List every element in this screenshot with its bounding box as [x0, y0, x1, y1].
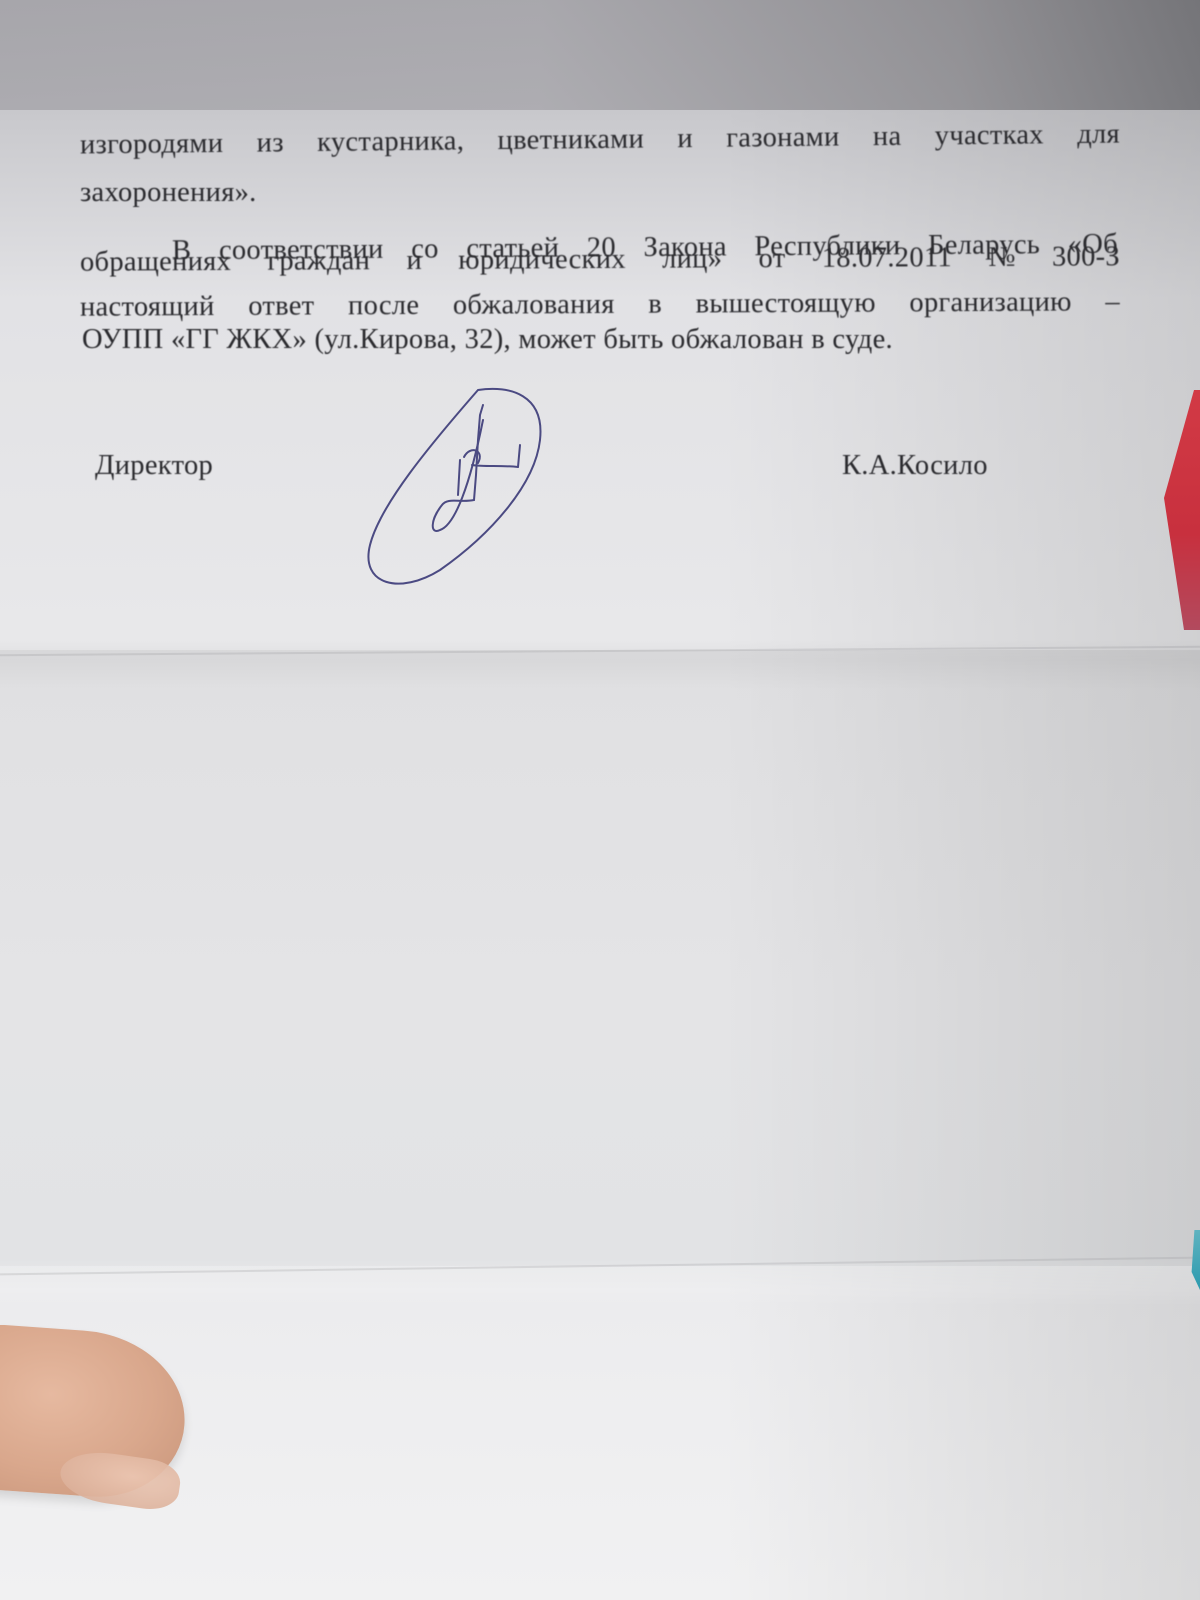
- word: из: [257, 129, 284, 158]
- word: 18.07.2011: [822, 244, 952, 273]
- word: и: [677, 125, 693, 154]
- paragraph-1-line-2: захоронения».: [80, 179, 257, 208]
- word: цветниками: [497, 126, 644, 156]
- word: граждан: [267, 247, 370, 276]
- word: от: [758, 245, 785, 274]
- word: изгородями: [80, 130, 224, 160]
- word: после: [348, 292, 419, 321]
- word: –: [1105, 288, 1120, 317]
- word: газонами: [726, 123, 840, 153]
- paragraph-2-line-3: настоящийответпослеобжалованияввышестоящ…: [80, 288, 1120, 322]
- word: лиц»: [662, 245, 722, 274]
- paragraph-2-line-2: обращенияхгражданиюридическихлиц»от18.07…: [80, 243, 1120, 277]
- word: обжалования: [453, 291, 615, 320]
- signatory-name: К.А.Косило: [842, 452, 988, 481]
- paper-top-shadow: [0, 0, 1200, 110]
- paragraph-2-line-4: ОУПП «ГГ ЖКХ» (ул.Кирова, 32), может быт…: [82, 326, 893, 355]
- word: для: [1077, 121, 1120, 150]
- paper-fold-shadow: [0, 650, 1200, 690]
- word: участках: [935, 121, 1044, 151]
- word: №: [988, 244, 1016, 273]
- word: 300-З: [1052, 243, 1120, 272]
- word: настоящий: [80, 293, 215, 322]
- handwritten-signature: [360, 385, 560, 590]
- word: организацию: [909, 289, 1072, 318]
- word: ответ: [248, 292, 314, 321]
- photo-of-letter: изгородямиизкустарника,цветникамиигазона…: [0, 0, 1200, 1600]
- word: вышестоящую: [695, 290, 875, 319]
- word: на: [873, 123, 902, 152]
- word: кустарника,: [317, 127, 464, 157]
- word: в: [648, 291, 662, 320]
- position-title: Директор: [95, 452, 213, 481]
- word: обращениях: [80, 248, 231, 277]
- word: и: [406, 247, 422, 276]
- word: юридических: [458, 246, 626, 275]
